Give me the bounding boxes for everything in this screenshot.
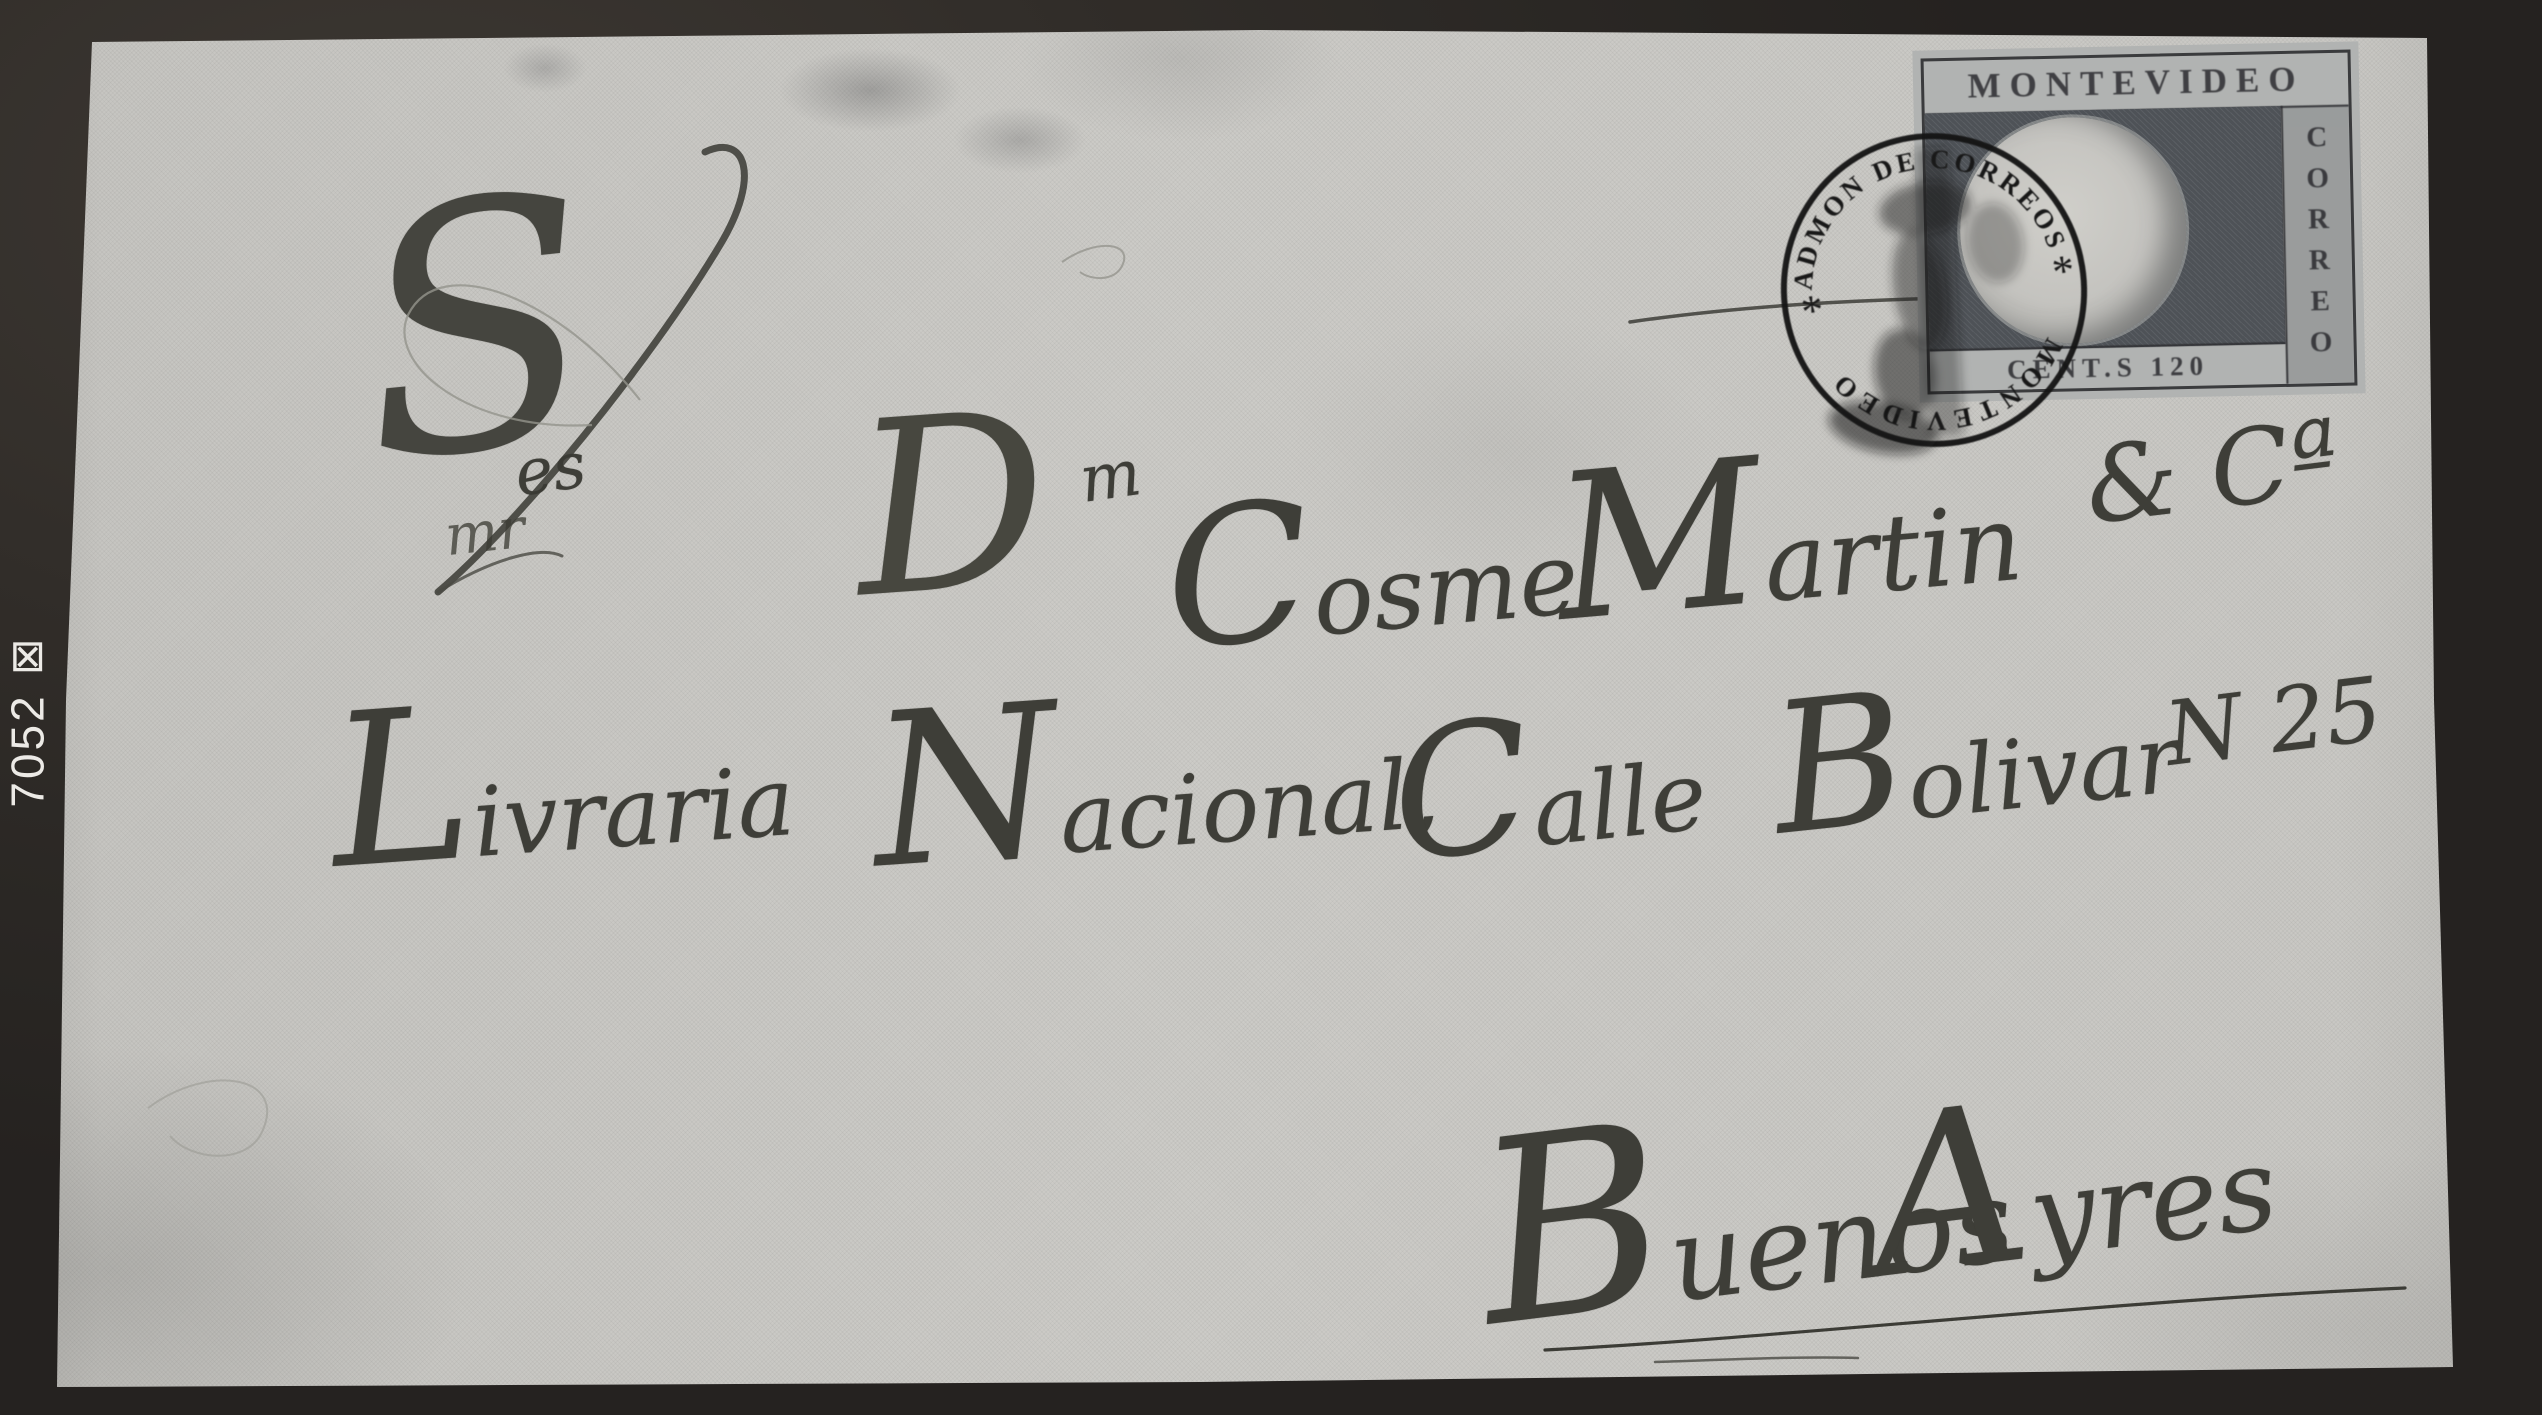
- lot-number-block: 7052 ⊠: [2, 616, 54, 831]
- honorific-initial: D: [847, 379, 1056, 632]
- salutation-superscript: es: [511, 433, 590, 506]
- envelope: S es mr D m Cosme Martin & Cª Livraria N…: [0, 0, 2542, 1415]
- street-word-1: Livraria: [323, 656, 799, 899]
- street-word-2: Nacional,: [865, 649, 1443, 899]
- honorific-superscript: m: [1076, 441, 1145, 513]
- photo-background: S es mr D m Cosme Martin & Cª Livraria N…: [0, 0, 2542, 1415]
- flourish-pencil-mark-bottom-left: [148, 1080, 267, 1155]
- addressee-word-1: Cosme: [1158, 452, 1584, 677]
- cover-symbol-icon: ⊠: [6, 638, 50, 675]
- street-word-4: Bolivar: [1764, 639, 2187, 861]
- city-word-2: Ayres: [1856, 1044, 2284, 1310]
- lot-number: 7052: [1, 693, 55, 807]
- flourish-underline-short: [1655, 1357, 1858, 1362]
- postmark-right-star: *: [2049, 245, 2078, 297]
- salutation-below: mr: [442, 501, 527, 565]
- postmark-left-star: *: [1798, 285, 1827, 337]
- stamp-inscription-right: CORREO: [2281, 105, 2355, 384]
- street-number: N 25: [2160, 665, 2386, 779]
- oval-postmark: ADMON DE CORREOS MONTEVIDEO * *: [1742, 118, 2134, 470]
- street-word-3: Calle: [1383, 676, 1712, 888]
- flourish-pencil-scribble-top: [1062, 246, 1124, 278]
